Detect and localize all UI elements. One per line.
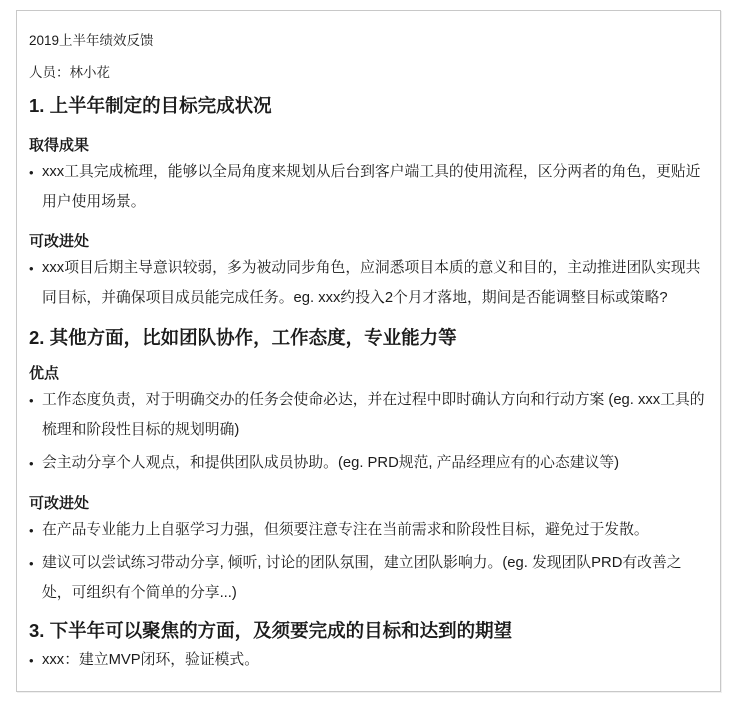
bullet-icon: • xyxy=(29,386,34,416)
bullet-icon: • xyxy=(29,449,34,479)
section-2-subheading-strengths: 优点 xyxy=(29,365,708,382)
bullet-text: xxx：建立MVP闭环，验证模式。 xyxy=(42,652,259,668)
bullet-item: • xxx：建立MVP闭环，验证模式。 xyxy=(29,646,708,676)
bullet-icon: • xyxy=(29,516,34,546)
bullet-icon: • xyxy=(29,549,34,579)
document-title: 2019上半年绩效反馈 xyxy=(29,32,708,49)
bullet-item: • 在产品专业能力上自驱学习力强，但须要注意专注在当前需求和阶段性目标，避免过于… xyxy=(29,516,708,546)
bullet-item: • 建议可以尝试练习带动分享, 倾听, 讨论的团队氛围，建立团队影响力。(eg.… xyxy=(29,549,708,608)
bullet-icon: • xyxy=(29,158,34,188)
section-3-heading: 3. 下半年可以聚焦的方面，及须要完成的目标和达到的期望 xyxy=(29,620,708,642)
person-line: 人员：林小花 xyxy=(29,64,708,81)
bullet-text: 在产品专业能力上自驱学习力强，但须要注意专注在当前需求和阶段性目标，避免过于发散… xyxy=(42,522,649,538)
bullet-icon: • xyxy=(29,646,34,676)
improvements-list-2: • 在产品专业能力上自驱学习力强，但须要注意专注在当前需求和阶段性目标，避免过于… xyxy=(29,516,708,609)
bullet-item: • xxx项目后期主导意识较弱，多为被动同步角色，应洞悉项目本质的意义和目的，主… xyxy=(29,254,708,313)
section-2-heading: 2. 其他方面，比如团队协作，工作态度，专业能力等 xyxy=(29,327,708,349)
bullet-text: 建议可以尝试练习带动分享, 倾听, 讨论的团队氛围，建立团队影响力。(eg. 发… xyxy=(42,555,682,601)
bullet-text: 会主动分享个人观点，和提供团队成员协助。(eg. PRD规范, 产品经理应有的心… xyxy=(42,455,619,471)
bullet-text: 工作态度负责，对于明确交办的任务会使命必达，并在过程中即时确认方向和行动方案 (… xyxy=(42,392,705,438)
bullet-text: xxx工具完成梳理，能够以全局角度来规划从后台到客户端工具的使用流程，区分两者的… xyxy=(42,164,700,210)
bullet-icon: • xyxy=(29,254,34,284)
section-1-heading: 1. 上半年制定的目标完成状况 xyxy=(29,95,708,117)
performance-review-document: 2019上半年绩效反馈 人员：林小花 1. 上半年制定的目标完成状况 取得成果 … xyxy=(16,10,721,692)
section-1-subheading-improvements: 可改进处 xyxy=(29,233,708,250)
improvements-list-1: • xxx项目后期主导意识较弱，多为被动同步角色，应洞悉项目本质的意义和目的，主… xyxy=(29,254,708,313)
section-2-subheading-improvements: 可改进处 xyxy=(29,495,708,512)
bullet-item: • 工作态度负责，对于明确交办的任务会使命必达，并在过程中即时确认方向和行动方案… xyxy=(29,386,708,445)
bullet-text: xxx项目后期主导意识较弱，多为被动同步角色，应洞悉项目本质的意义和目的，主动推… xyxy=(42,260,700,306)
bullet-item: • xxx工具完成梳理，能够以全局角度来规划从后台到客户端工具的使用流程，区分两… xyxy=(29,158,708,217)
section-1-subheading-achievements: 取得成果 xyxy=(29,137,708,154)
achievements-list: • xxx工具完成梳理，能够以全局角度来规划从后台到客户端工具的使用流程，区分两… xyxy=(29,158,708,217)
bullet-item: • 会主动分享个人观点，和提供团队成员协助。(eg. PRD规范, 产品经理应有… xyxy=(29,449,708,479)
goals-list: • xxx：建立MVP闭环，验证模式。 xyxy=(29,646,708,676)
strengths-list: • 工作态度负责，对于明确交办的任务会使命必达，并在过程中即时确认方向和行动方案… xyxy=(29,386,708,479)
